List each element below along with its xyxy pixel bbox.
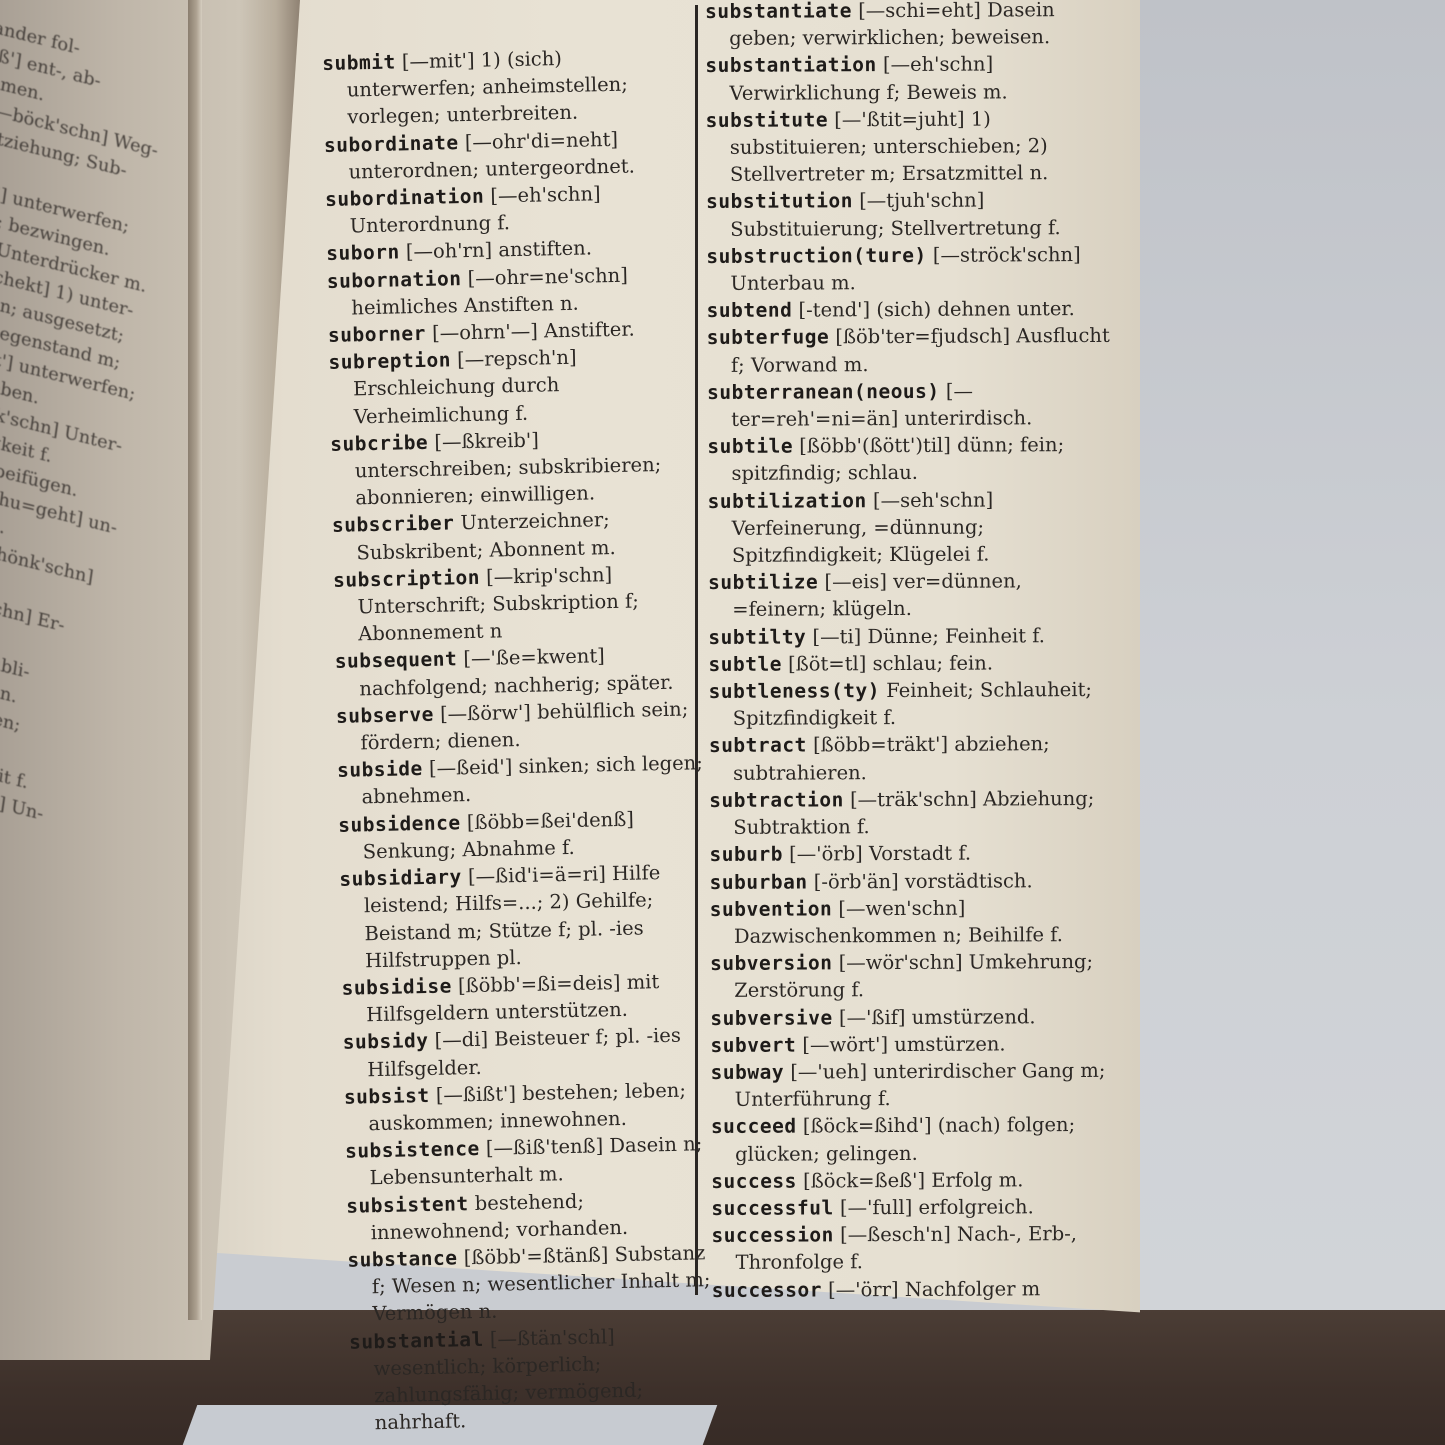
dictionary-entry: subsist [—ßißt'] bestehen; leben; auskom… xyxy=(344,1076,713,1138)
entry-headword: subserve xyxy=(336,703,434,728)
entry-headword: subordinate xyxy=(324,131,459,157)
entry-definition: [—'ßif] umstürzend. xyxy=(839,1005,1036,1029)
entry-headword: subsequent xyxy=(335,648,458,674)
dictionary-entry: succeed [ßöck=ßihd'] (nach) folgen; glüc… xyxy=(711,1111,1121,1168)
entry-headword: subtle xyxy=(708,652,782,675)
entry-headword: suburban xyxy=(710,870,808,894)
dictionary-entry: subsidise [ßöbb'=ßi=deis] mit Hilfsgelde… xyxy=(341,967,710,1029)
entry-headword: success xyxy=(711,1169,797,1192)
dictionary-entry: subsistent bestehend; innewohnend; vorha… xyxy=(346,1185,715,1247)
dictionary-entry: succession [—ßesch'n] Nach-, Erb-, Thron… xyxy=(711,1220,1121,1277)
dictionary-entry: subscription [—krip'schn] Unterschrift; … xyxy=(333,559,703,648)
entry-definition: [ßöt=tl] schlau; fein. xyxy=(788,651,993,675)
dictionary-column-middle: submit [—mit'] 1) (sich) unterwerfen; an… xyxy=(322,42,719,1437)
entry-headword: subtraction xyxy=(709,788,844,812)
entry-headword: suborner xyxy=(328,322,426,347)
dictionary-entry: subsidence [ßöbb=ßei'denß] Senkung; Abna… xyxy=(338,804,707,866)
entry-headword: substitute xyxy=(706,108,829,132)
entry-definition: [—ti] Dünne; Feinheit f. xyxy=(812,624,1045,648)
entry-headword: substantiate xyxy=(705,0,852,23)
dictionary-entry: substitute [—'ßtit=juht] 1) substituiere… xyxy=(706,105,1116,189)
dictionary-entry: successor [—'örr] Nachfolger m xyxy=(712,1274,1122,1303)
entry-definition: [—'örb] Vorstadt f. xyxy=(789,842,971,866)
dictionary-column-right: substantiate [—schi=eht] Dasein geben; v… xyxy=(705,0,1122,1304)
entry-headword: subsist xyxy=(344,1084,430,1109)
entry-headword: succeed xyxy=(711,1115,797,1138)
entry-headword: submit xyxy=(322,50,396,75)
dictionary-entry: substantiation [—eh'schn] Verwirklichung… xyxy=(705,50,1115,107)
entry-headword: subornation xyxy=(327,267,462,293)
entry-headword: successor xyxy=(712,1278,822,1302)
entry-headword: substitution xyxy=(706,190,853,214)
entry-headword: substantial xyxy=(349,1327,484,1353)
entry-definition: [—'ueh] unterirdischer Gang m; Unterführ… xyxy=(735,1059,1106,1111)
entry-headword: subordination xyxy=(325,185,485,211)
entry-definition: [—wört'] umstürzen. xyxy=(802,1032,1005,1056)
dictionary-entry: subversion [—wör'schn] Umkehrung; Zerstö… xyxy=(710,948,1120,1005)
entry-headword: subtleness(ty) xyxy=(709,679,880,703)
entry-headword: subsidy xyxy=(343,1029,429,1054)
entry-headword: subtilize xyxy=(708,571,818,595)
entry-headword: suburb xyxy=(709,843,783,866)
entry-headword: subtilty xyxy=(708,625,806,649)
dictionary-entry: subtilty [—ti] Dünne; Feinheit f. xyxy=(708,622,1118,651)
dictionary-entry: subtile [ßöbb'(ßött')til] dünn; fein; sp… xyxy=(707,431,1117,488)
dictionary-entry: subtle [ßöt=tl] schlau; fein. xyxy=(708,649,1118,678)
entry-definition: [—'full] erfolgreich. xyxy=(840,1195,1034,1219)
dictionary-entry: subtilize [—eis] ver=dünnen, =feinern; k… xyxy=(708,567,1118,624)
dictionary-entry: successful [—'full] erfolgreich. xyxy=(711,1193,1121,1222)
dictionary-entry: subordination [—eh'schn] Unterordnung f. xyxy=(325,178,694,240)
dictionary-entry: subscriber Unterzeichner; Subskribent; A… xyxy=(332,505,701,567)
entry-headword: subsistence xyxy=(345,1137,480,1163)
entry-headword: subvention xyxy=(710,897,833,921)
dictionary-entry: subvert [—wört'] umstürzen. xyxy=(710,1030,1120,1059)
column-divider-rule xyxy=(695,5,698,1295)
entry-headword: subterfuge xyxy=(707,326,830,350)
dictionary-entry: substance [ßöbb'=ßtänß] Substanz f; Wese… xyxy=(347,1239,717,1328)
entry-headword: subversive xyxy=(710,1006,833,1030)
entry-headword: subcribe xyxy=(330,431,428,456)
dictionary-entry: subtraction [—träk'schn] Abziehung; Subt… xyxy=(709,785,1119,842)
dictionary-entry: subsidiary [—ßid'i=ä=ri] Hilfe leistend;… xyxy=(339,858,709,974)
entry-headword: subsidiary xyxy=(339,865,462,891)
entry-definition: [—ohrn'—] Anstifter. xyxy=(432,318,635,345)
dictionary-entry: subtract [ßöbb=träkt'] abziehen; subtrah… xyxy=(709,730,1119,787)
dictionary-entry: subtend [-tend'] (sich) dehnen unter. xyxy=(707,295,1117,324)
entry-headword: subscriber xyxy=(332,512,455,538)
entry-headword: succession xyxy=(711,1223,834,1247)
book-gutter xyxy=(188,0,202,1320)
entry-headword: subtend xyxy=(707,299,793,322)
dictionary-entry: subserve [—ßörw'] behülflich sein; förde… xyxy=(336,695,705,757)
facing-page-text: aufeinander fol-[—bjuhß'] ent-, ab-wegne… xyxy=(0,0,203,1242)
dictionary-entry: subsequent [—'ße=kwent] nachfolgend; nac… xyxy=(335,641,704,703)
dictionary-entry: subsistence [—ßiß'tenß] Dasein n; Lebens… xyxy=(345,1130,714,1192)
dictionary-entry: subterfuge [ßöb'ter=fjudsch] Ausflucht f… xyxy=(707,322,1117,379)
entry-definition: [—'örr] Nachfolger m xyxy=(828,1277,1040,1301)
entry-headword: subway xyxy=(711,1061,785,1084)
dictionary-entry: subcribe [—ßkreib'] unterschreiben; subs… xyxy=(330,423,700,512)
dictionary-entry: substitution [—tjuh'schn] Substituierung… xyxy=(706,186,1116,243)
entry-headword: subside xyxy=(337,757,423,782)
entry-headword: subterranean(neous) xyxy=(707,380,940,404)
dictionary-entry: subornation [—ohr=ne'schn] heimliches An… xyxy=(327,260,696,322)
dictionary-entry: success [ßöck=ßeß'] Erfolg m. xyxy=(711,1166,1121,1195)
entry-definition: [-tend'] (sich) dehnen unter. xyxy=(798,297,1074,321)
entry-headword: subtile xyxy=(707,435,793,458)
entry-headword: suborn xyxy=(326,241,400,266)
entry-headword: subscription xyxy=(333,566,480,592)
dictionary-entry: subway [—'ueh] unterirdischer Gang m; Un… xyxy=(711,1057,1121,1114)
dictionary-entry: subsidy [—di] Beisteuer f; pl. -ies Hilf… xyxy=(343,1021,712,1083)
dictionary-entry: subversive [—'ßif] umstürzend. xyxy=(710,1002,1120,1031)
entry-headword: subsistent xyxy=(346,1192,469,1218)
entry-headword: subtract xyxy=(709,734,807,758)
dictionary-entry: subreption [—repsch'n] Erschleichung dur… xyxy=(328,341,698,430)
entry-headword: substance xyxy=(347,1246,458,1271)
dictionary-entry: suburb [—'örb] Vorstadt f. xyxy=(709,839,1119,868)
entry-definition: [—oh'rn] anstiften. xyxy=(406,237,593,264)
dictionary-entry: subterranean(neous) [—ter=reh'=ni=än] un… xyxy=(707,377,1117,434)
dictionary-entry: subvention [—wen'schn] Dazwischenkommen … xyxy=(710,894,1120,951)
background-surface xyxy=(1140,0,1445,1445)
entry-headword: subsidise xyxy=(341,974,452,999)
dictionary-entry: subtilization [—seh'schn] Verfeinerung, … xyxy=(708,486,1118,570)
dictionary-entry: substruction(ture) [—ströck'schn] Unterb… xyxy=(706,241,1116,298)
dictionary-entry: subtleness(ty) Feinheit; Schlauheit; Spi… xyxy=(709,676,1119,733)
dictionary-entry: substantial [—ßtän'schl] wesentlich; kör… xyxy=(349,1321,719,1437)
dictionary-entry: submit [—mit'] 1) (sich) unterwerfen; an… xyxy=(322,42,692,131)
entry-headword: substruction(ture) xyxy=(706,244,926,268)
entry-definition: [-örb'än] vorstädtisch. xyxy=(814,869,1033,893)
dictionary-entry: subordinate [—ohr'di=neht] unterordnen; … xyxy=(324,124,693,186)
entry-headword: subreption xyxy=(328,349,451,375)
dictionary-entry: suburban [-örb'än] vorstädtisch. xyxy=(710,866,1120,895)
entry-headword: subversion xyxy=(710,951,833,975)
entry-headword: subsidence xyxy=(338,811,461,837)
entry-headword: subtilization xyxy=(708,489,867,513)
dictionary-entry: subside [—ßeid'] sinken; sich legen; abn… xyxy=(337,749,706,811)
entry-headword: subvert xyxy=(710,1033,796,1056)
entry-headword: substantiation xyxy=(705,54,876,78)
dictionary-entry: substantiate [—schi=eht] Dasein geben; v… xyxy=(705,0,1115,52)
entry-headword: successful xyxy=(711,1196,834,1220)
entry-definition: [ßöck=ßeß'] Erfolg m. xyxy=(803,1168,1023,1192)
